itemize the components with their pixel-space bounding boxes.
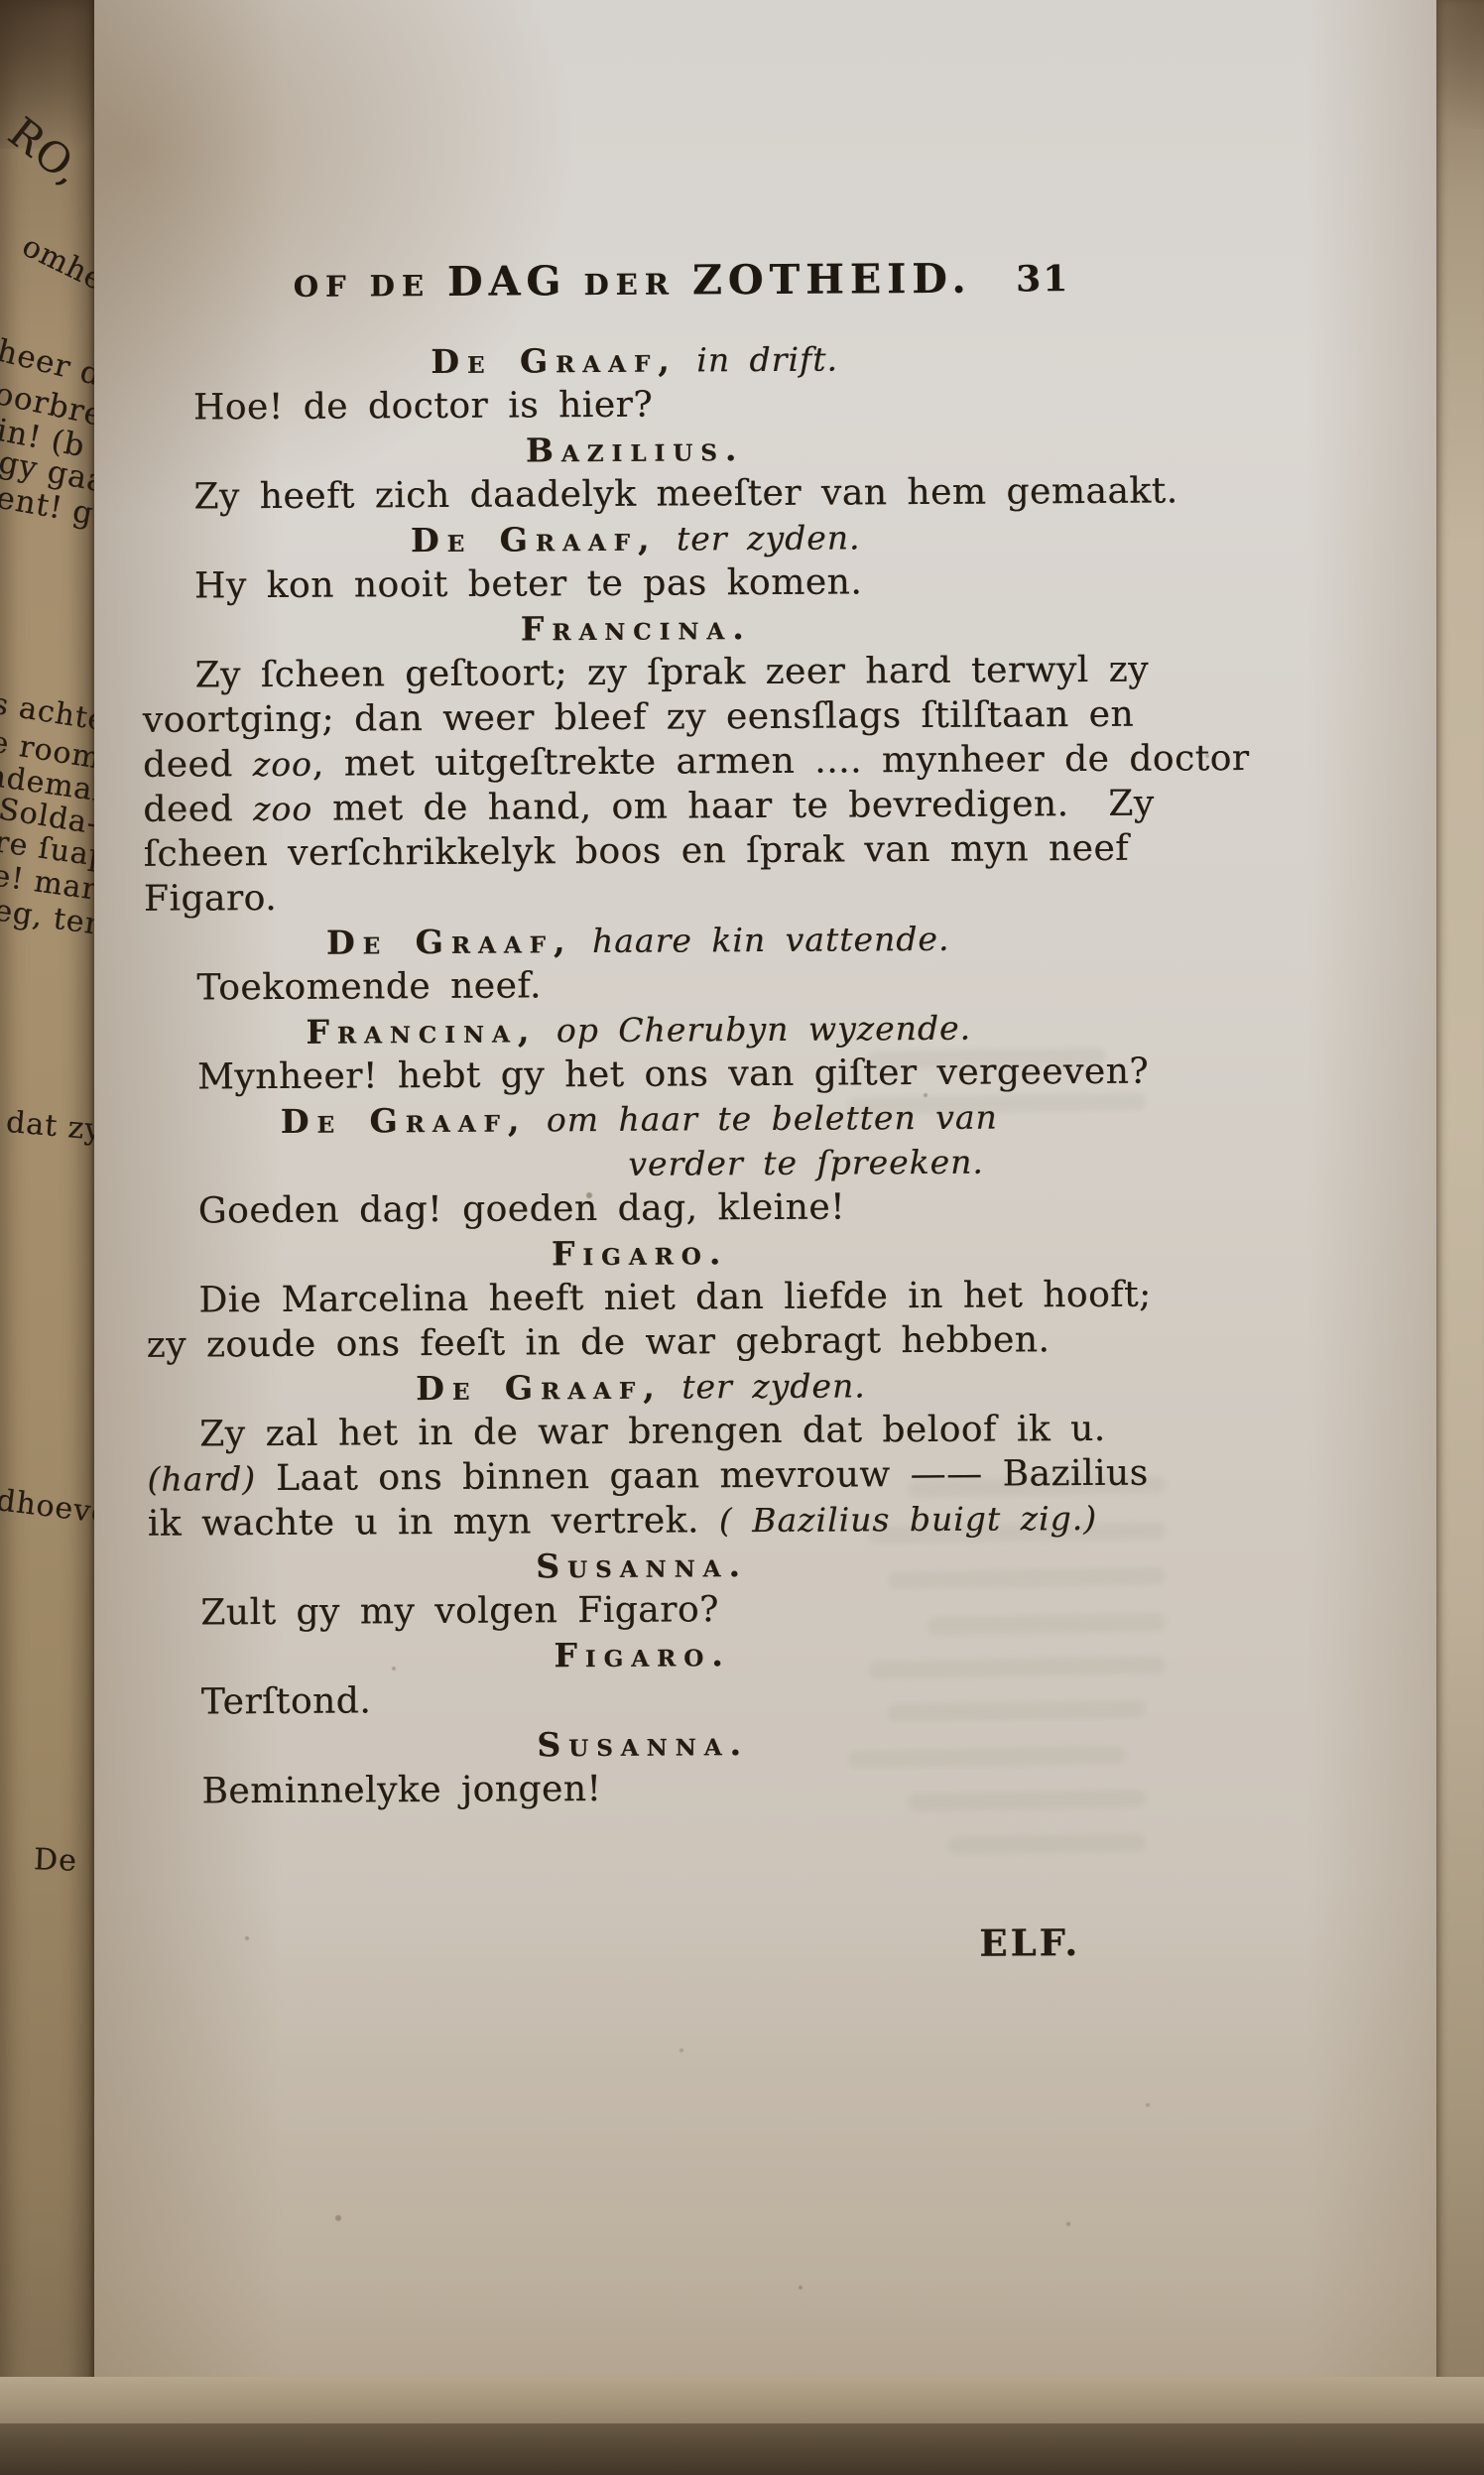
dialogue-line: Goeden dag! goeden dag, kleine! [146, 1183, 1134, 1234]
dialogue-text: Figaro. [144, 878, 277, 920]
speaker-name: Bazilius. [526, 430, 745, 469]
dialogue-text: Hy kon nooit beter te pas komen. [194, 561, 862, 606]
speaker-name: Figaro. [554, 1635, 731, 1674]
stage-direction: zoo [253, 790, 312, 828]
stage-direction: om haar te beletten van [527, 1098, 998, 1140]
dialogue-line: Toekomende neef. [144, 960, 1132, 1011]
previous-page-text-fragment: dhoeve [0, 1483, 97, 1532]
dialogue-text: deed [143, 744, 253, 786]
dialogue-line: Figaro. [144, 871, 1132, 922]
speaker-name: De Graaf, [411, 520, 658, 560]
dialogue-line: deed zoo met de hand, om haar te bevredi… [143, 782, 1131, 832]
dialogue-text: deed [143, 789, 253, 830]
dialogue-line: Zy zal het in de war brengen dat beloof … [147, 1407, 1135, 1457]
dialogue-line: Zy ſcheen geſtoort; zy ſprak zeer hard t… [142, 648, 1130, 698]
speech-heading: De Graaf, haare kin vattende. [144, 916, 1132, 966]
stage-direction: in drift. [678, 340, 838, 380]
speaker-name: De Graaf, [281, 1100, 528, 1141]
speech-heading: De Graaf, ter zyden. [147, 1362, 1135, 1413]
dialogue-text: Laat ons binnen gaan mevrouw [256, 1454, 911, 1499]
speaker-name: De Graaf, [416, 1368, 663, 1409]
speech-heading: Susanna. [149, 1719, 1137, 1770]
speech-heading: De Graaf, ter zyden. [142, 514, 1130, 564]
dialogue-text: Zy heeft zich daadelyk meeſter van hem g… [193, 470, 1177, 517]
running-title-part: OF DE [294, 269, 448, 304]
dialogue-line: (hard) Laat ons binnen gaan mevrouw —— B… [147, 1451, 1135, 1502]
speech-heading: verder te ſpreeken. [311, 1138, 1299, 1188]
speaker-name: De Graaf, [326, 922, 573, 962]
running-title-part: ZOTHEID. [692, 255, 972, 305]
dialogue-text: ſcheen verſchrikkelyk boos en ſprak van … [144, 828, 1130, 875]
speech-heading: Francina. [142, 603, 1130, 654]
page-number: 31 [1016, 258, 1135, 301]
stage-direction: op Cherubyn wyzende. [537, 1009, 971, 1051]
speaker-name: De Graaf, [431, 341, 678, 382]
speech-heading: De Graaf, in drift. [140, 335, 1128, 386]
speaker-name: Francina, [306, 1011, 537, 1051]
dialogue-text: Mynheer! hebt gy het ons van giſter verg… [197, 1052, 1149, 1098]
book-photo: { "page": { "running_title_parts": [ {"t… [0, 0, 1484, 2475]
speech-heading: Figaro. [146, 1228, 1134, 1279]
stage-direction: verder te ſpreeken. [628, 1143, 984, 1183]
speaker-name: Susanna. [537, 1724, 749, 1764]
stage-direction: ter zyden. [657, 518, 860, 557]
dialogue-line: Beminnelyke jongen! [149, 1764, 1137, 1814]
previous-page-text-fragment: omhe [17, 229, 97, 299]
dialogue-text: voortging; dan weer bleef zy eensſlags ſ… [143, 694, 1135, 741]
speech-heading: Francina, op Cherubyn wyzende. [145, 1005, 1133, 1055]
dialogue-text: Beminnelyke jongen! [201, 1769, 601, 1811]
dialogue-line: Zult gy my volgen Figaro? [148, 1585, 1136, 1636]
stage-direction: haare kin vattende. [572, 920, 949, 960]
dialogue-text: met de hand, om haar te bevredigen. Zy [312, 784, 1155, 829]
printed-content: OF DE DAG DER ZOTHEID. 31 De Graaf, in d… [86, 0, 1443, 2475]
stage-direction: ter zyden. [663, 1366, 866, 1406]
stage-direction: (hard) [147, 1459, 256, 1499]
dialogue-text: , met uitgeſtrekte armen .... mynheer de… [312, 738, 1250, 785]
stage-direction: ( Bazilius buigt zig.) [719, 1499, 1097, 1540]
running-title: OF DE DAG DER ZOTHEID. [140, 254, 1125, 308]
previous-page-text-fragment: dat zy [5, 1105, 97, 1148]
speech-heading: Susanna. [148, 1541, 1136, 1591]
dialogue-text: Zy zal het in de war brengen dat beloof … [199, 1409, 1106, 1455]
dialogue-line: ik wachte u in myn vertrek. ( Bazilius b… [148, 1496, 1136, 1547]
speech-heading: Figaro. [148, 1630, 1136, 1680]
dialogue-line: Zy heeft zich daadelyk meeſter van hem g… [141, 469, 1129, 520]
dialogue-line: Mynheer! hebt gy het ons van giſter verg… [145, 1050, 1133, 1100]
dialogue-text: Die Marcelina heeft niet dan liefde in h… [198, 1275, 1152, 1321]
dialogue-line: zy zoude ons feeſt in de war gebragt heb… [147, 1317, 1135, 1368]
dialogue-text: ik wachte u in myn vertrek. [148, 1500, 719, 1545]
running-title-part: DER [566, 267, 692, 302]
dialogue-text: Zy ſcheen geſtoort; zy ſprak zeer hard t… [194, 650, 1149, 696]
dialogue-text: zy zoude ons feeſt in de war gebragt heb… [147, 1319, 1051, 1366]
speech-heading: Bazilius. [141, 425, 1129, 475]
dialogue-text: Hoe! de doctor is hier? [193, 385, 653, 429]
bottom-page-edges [0, 2377, 1484, 2426]
dialogue-line: Hy kon nooit beter te pas komen. [142, 558, 1130, 609]
book-page: OF DE DAG DER ZOTHEID. 31 De Graaf, in d… [94, 0, 1436, 2475]
dialogue-text: Bazilius [982, 1453, 1148, 1495]
play-text: De Graaf, in drift.Hoe! de doctor is hie… [140, 335, 1137, 1814]
dialogue-line: voortging; dan weer bleef zy eensſlags ſ… [143, 692, 1131, 743]
dialogue-text: Goeden dag! goeden dag, kleine! [198, 1187, 845, 1232]
speech-heading: De Graaf, om haar te beletten van [145, 1094, 1133, 1145]
previous-page-edge: RO,omheheer doorbrein! (bgy gaaent! gs a… [0, 0, 97, 2475]
previous-page-text-fragment: De [33, 1842, 77, 1879]
dialogue-line: ſcheen verſchrikkelyk boos en ſprak van … [143, 826, 1131, 877]
stage-direction: zoo [253, 745, 312, 784]
running-title-part: DAG [447, 257, 567, 306]
speaker-name: Francina. [521, 608, 752, 648]
dialogue-text: Zult gy my volgen Figaro? [200, 1589, 719, 1633]
dialogue-line: Terſtond. [149, 1674, 1137, 1725]
dialogue-line: Hoe! de doctor is hier? [141, 380, 1129, 431]
dialogue-text: Toekomende neef. [196, 965, 542, 1008]
catchword: ELF. [979, 1920, 1080, 1965]
dialogue-line: deed zoo, met uitgeſtrekte armen .... my… [143, 737, 1131, 788]
right-page-edges [1434, 0, 1484, 2475]
dialogue-text: Terſtond. [201, 1680, 372, 1722]
speaker-name: Figaro. [552, 1233, 729, 1273]
dialogue-text: —— [910, 1454, 982, 1495]
speaker-name: Susanna. [536, 1546, 748, 1585]
table-surface [0, 2423, 1484, 2475]
dialogue-line: Die Marcelina heeft niet dan liefde in h… [146, 1273, 1134, 1323]
